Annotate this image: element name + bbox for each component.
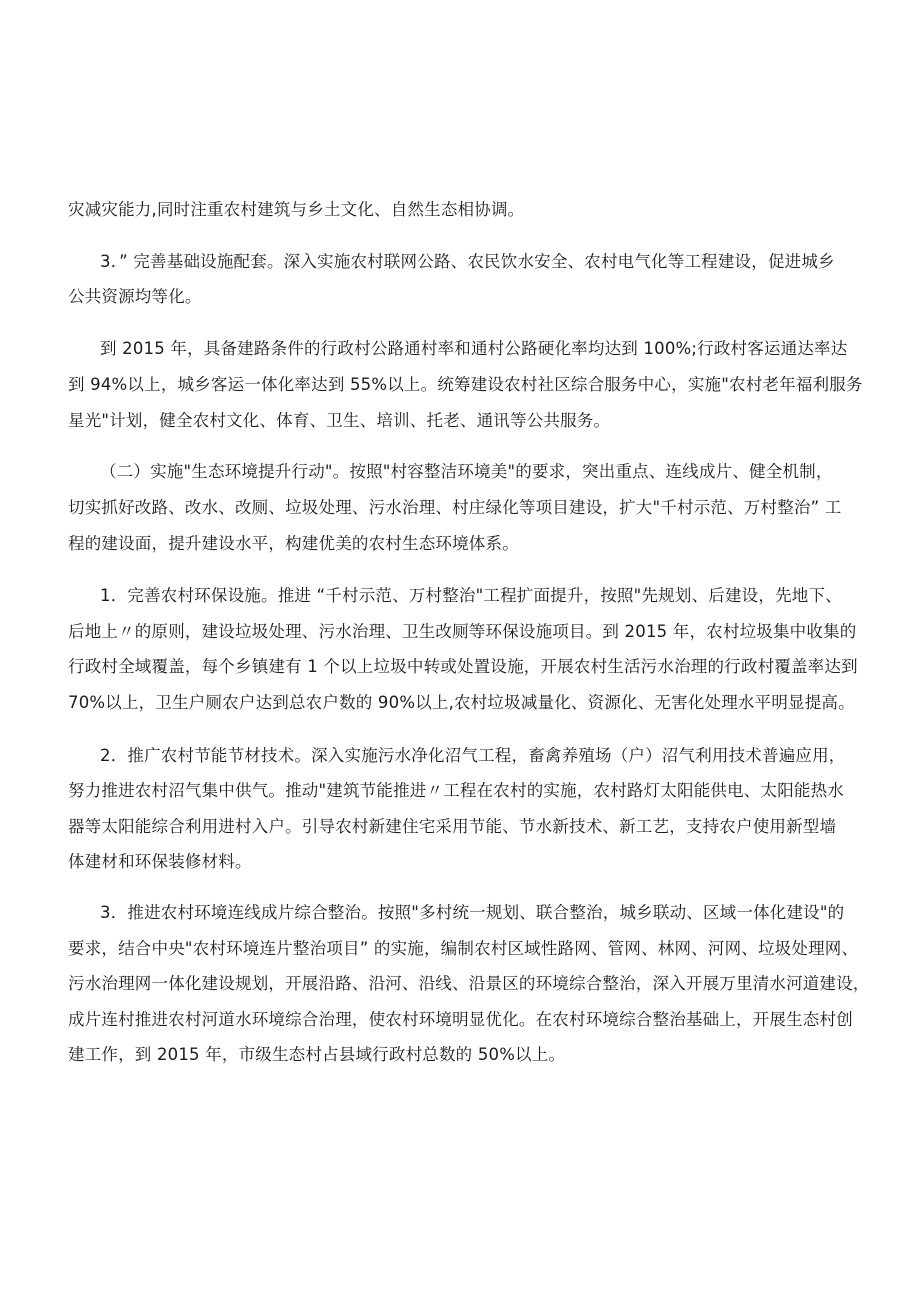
- paragraph-line: 建工作，到 2015 年，市级生态村占县域行政村总数的 50%以上。: [68, 1045, 565, 1065]
- paragraph-line: 后地上〃的原则，建设垃圾处理、污水治理、卫生改厕等环保设施项目。到 2015 年…: [68, 622, 856, 642]
- paragraph-line: 公共资源均等化。: [68, 287, 202, 307]
- paragraph-line: 污水治理网一体化建设规划，开展沿路、沿河、沿线、沿景区的环境综合整治，深入开展万…: [68, 974, 870, 994]
- paragraph-line: 程的建设面，提升建设水平，构建优美的农村生态环境体系。: [68, 534, 519, 554]
- paragraph-line: 2．推广农村节能节材技术。深入实施污水净化沼气工程，畜禽养殖场（户）沼气利用技术…: [100, 746, 846, 766]
- paragraph-line: （二）实施"生态环境提升行动"。按照"村容整洁环境美"的要求，突出重点、连线成片…: [100, 462, 833, 482]
- paragraph-line: 70%以上，卫生户厕农户达到总农户数的 90%以上,农村垃圾减量化、资源化、无害…: [68, 693, 855, 713]
- paragraph-line: 灾减灾能力,同时注重农村建筑与乡土文化、自然生态相协调。: [68, 200, 524, 220]
- paragraph-line: 成片连村推进农村河道水环境综合治理，使农村环境明显优化。在农村环境综合整治基础上…: [68, 1010, 853, 1030]
- paragraph-line: 体建材和环保装修材料。: [68, 852, 252, 872]
- paragraph-line: 到 2015 年，具备建路条件的行政村公路通村率和通村公路硬化率均达到 100%…: [100, 339, 847, 359]
- paragraph-line: 行政村全域覆盖，每个乡镇建有 1 个以上垃圾中转或处置设施，开展农村生活污水治理…: [68, 657, 858, 677]
- paragraph-line: 星光"计划，健全农村文化、体育、卫生、培训、托老、通讯等公共服务。: [68, 411, 610, 431]
- paragraph-line: 3．推进农村环境连线成片综合整治。按照"多村统一规划、联合整治，城乡联动、区域一…: [100, 903, 844, 923]
- paragraph-line: 到 94%以上，城乡客运一体化率达到 55%以上。统筹建设农村社区综合服务中心，…: [68, 375, 863, 395]
- paragraph-line: 器等太阳能综合利用进村入户。引导农村新建住宅采用节能、节水新技术、新工艺，支持农…: [68, 817, 836, 837]
- document-page: 灾减灾能力,同时注重农村建筑与乡土文化、自然生态相协调。 3．” 完善基础设施配…: [0, 0, 920, 1301]
- paragraph-line: 1．完善农村环保设施。推进 “千村示范、万村整治"工程扩面提升，按照"先规划、后…: [100, 586, 842, 606]
- paragraph-line: 努力推进农村沼气集中供气。推动"建筑节能推进〃工程在农村的实施，农村路灯太阳能供…: [68, 781, 844, 801]
- paragraph-line: 要求，结合中央"农村环境连片整治项目” 的实施，编制农村区域性路网、管网、林网、…: [68, 939, 858, 959]
- paragraph-line: 切实抓好改路、改水、改厕、垃圾处理、污水治理、村庄绿化等项目建设，扩大"千村示范…: [68, 498, 841, 518]
- paragraph-line: 3．” 完善基础设施配套。深入实施农村联网公路、农民饮水安全、农村电气化等工程建…: [100, 252, 835, 272]
